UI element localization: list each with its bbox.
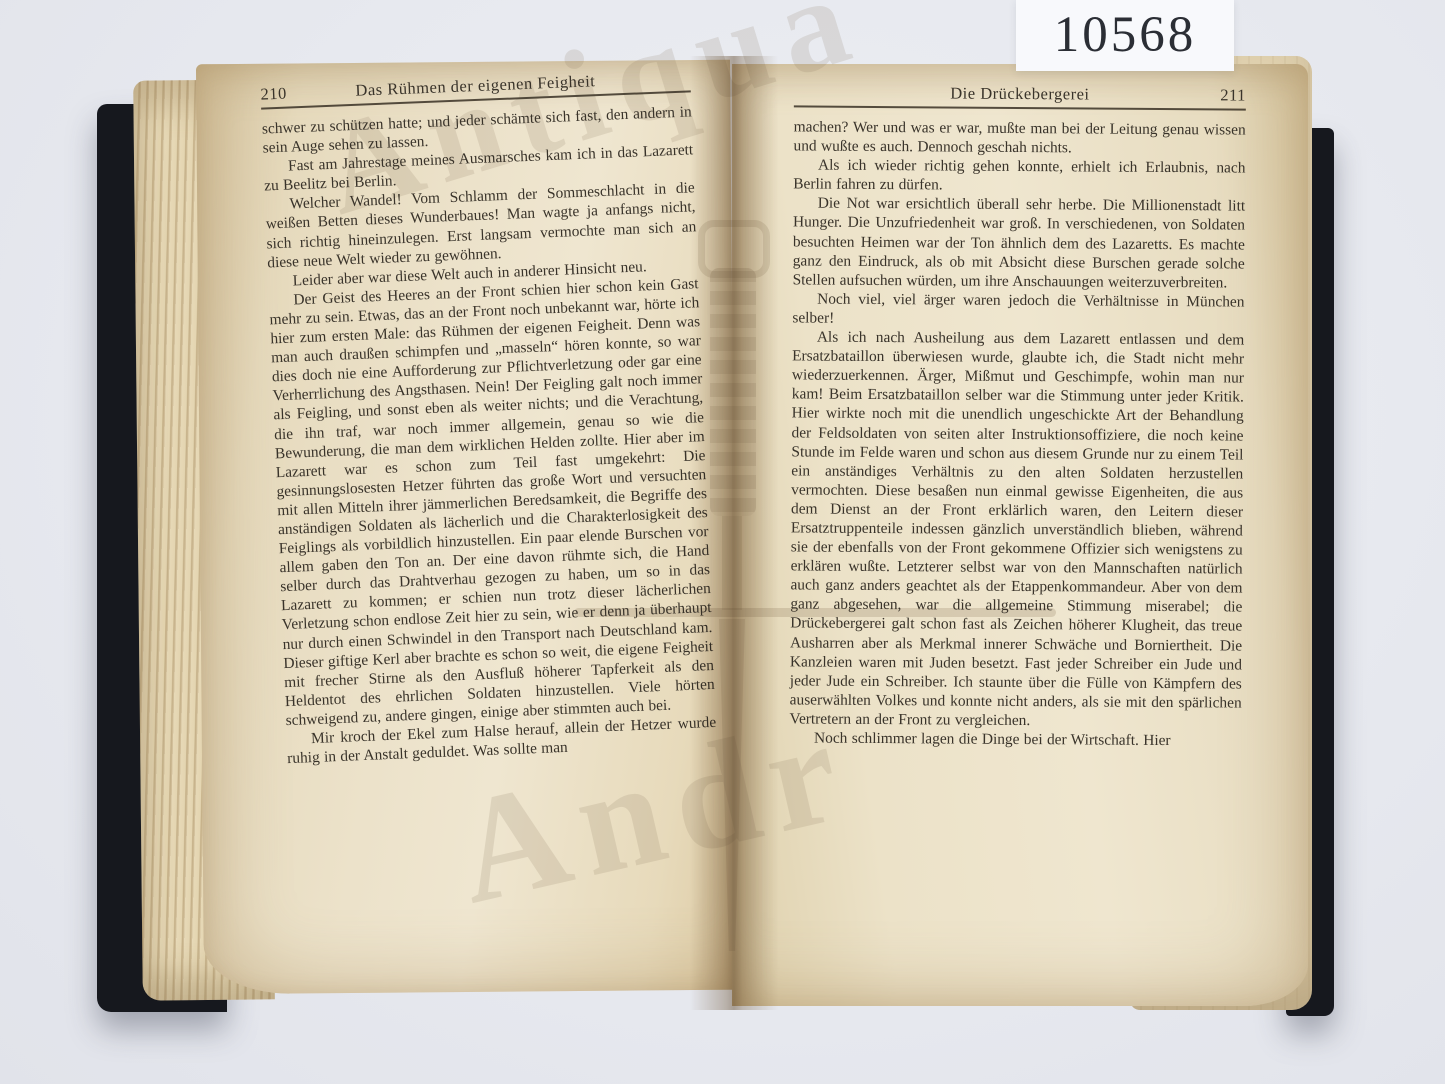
right-page-header: Die Drückebergerei 211 (794, 82, 1246, 110)
paragraph: Noch schlimmer lagen die Dinge bei der W… (789, 728, 1241, 750)
inventory-label: 10568 (1016, 0, 1234, 71)
photo-background: Antiqua Andr 210 Das Rühmen der eigenen … (0, 0, 1445, 1084)
right-running-title: Die Drückebergerei (846, 83, 1194, 105)
paragraph: Als ich wieder richtig gehen konnte, erh… (793, 156, 1245, 197)
left-page-body: schwer zu schützen hatte; und jeder schä… (262, 102, 718, 768)
paragraph: machen? Wer und was er war, mußte man be… (793, 117, 1245, 158)
right-page-number: 211 (1194, 85, 1246, 105)
paragraph: Als ich nach Ausheilung aus dem Lazarett… (789, 327, 1244, 731)
left-page-text: 210 Das Rühmen der eigenen Feigheit schw… (260, 67, 717, 768)
paragraph: Der Geist des Heeres an der Front schien… (268, 274, 715, 730)
left-page-number: 210 (260, 83, 313, 105)
inventory-number: 10568 (1054, 10, 1197, 61)
right-page-body: machen? Wer und was er war, mußte man be… (789, 117, 1245, 750)
paragraph: Die Not war ersichtlich überall sehr her… (793, 194, 1246, 293)
right-page-text: Die Drückebergerei 211 machen? Wer und w… (789, 82, 1246, 750)
paragraph: Noch viel, viel ärger waren jedoch die V… (792, 289, 1244, 330)
